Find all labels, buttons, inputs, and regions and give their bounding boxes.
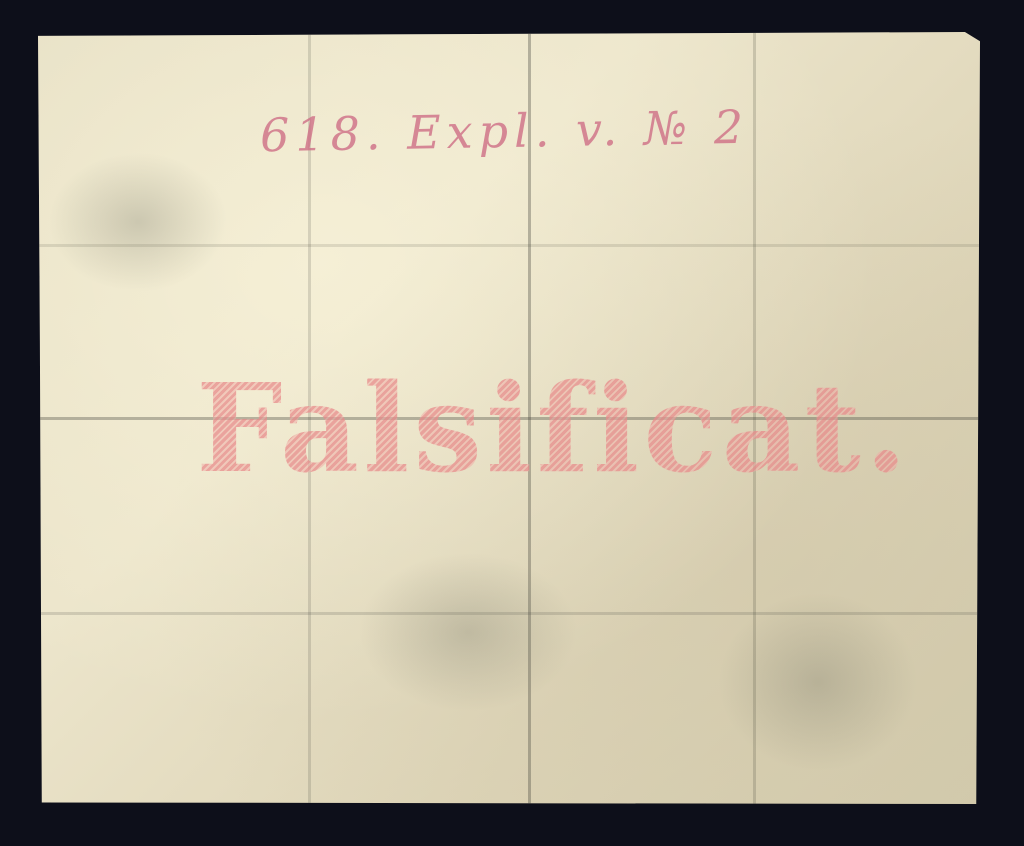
falsificat-stamp: Falsificat. [196, 367, 911, 489]
stain [48, 152, 228, 292]
stain [718, 592, 918, 772]
stain [358, 552, 578, 712]
banknote-paper: 618. Expl. v. № 2 Falsificat. [38, 32, 980, 804]
handwritten-note: 618. Expl. v. № 2 [260, 100, 750, 163]
